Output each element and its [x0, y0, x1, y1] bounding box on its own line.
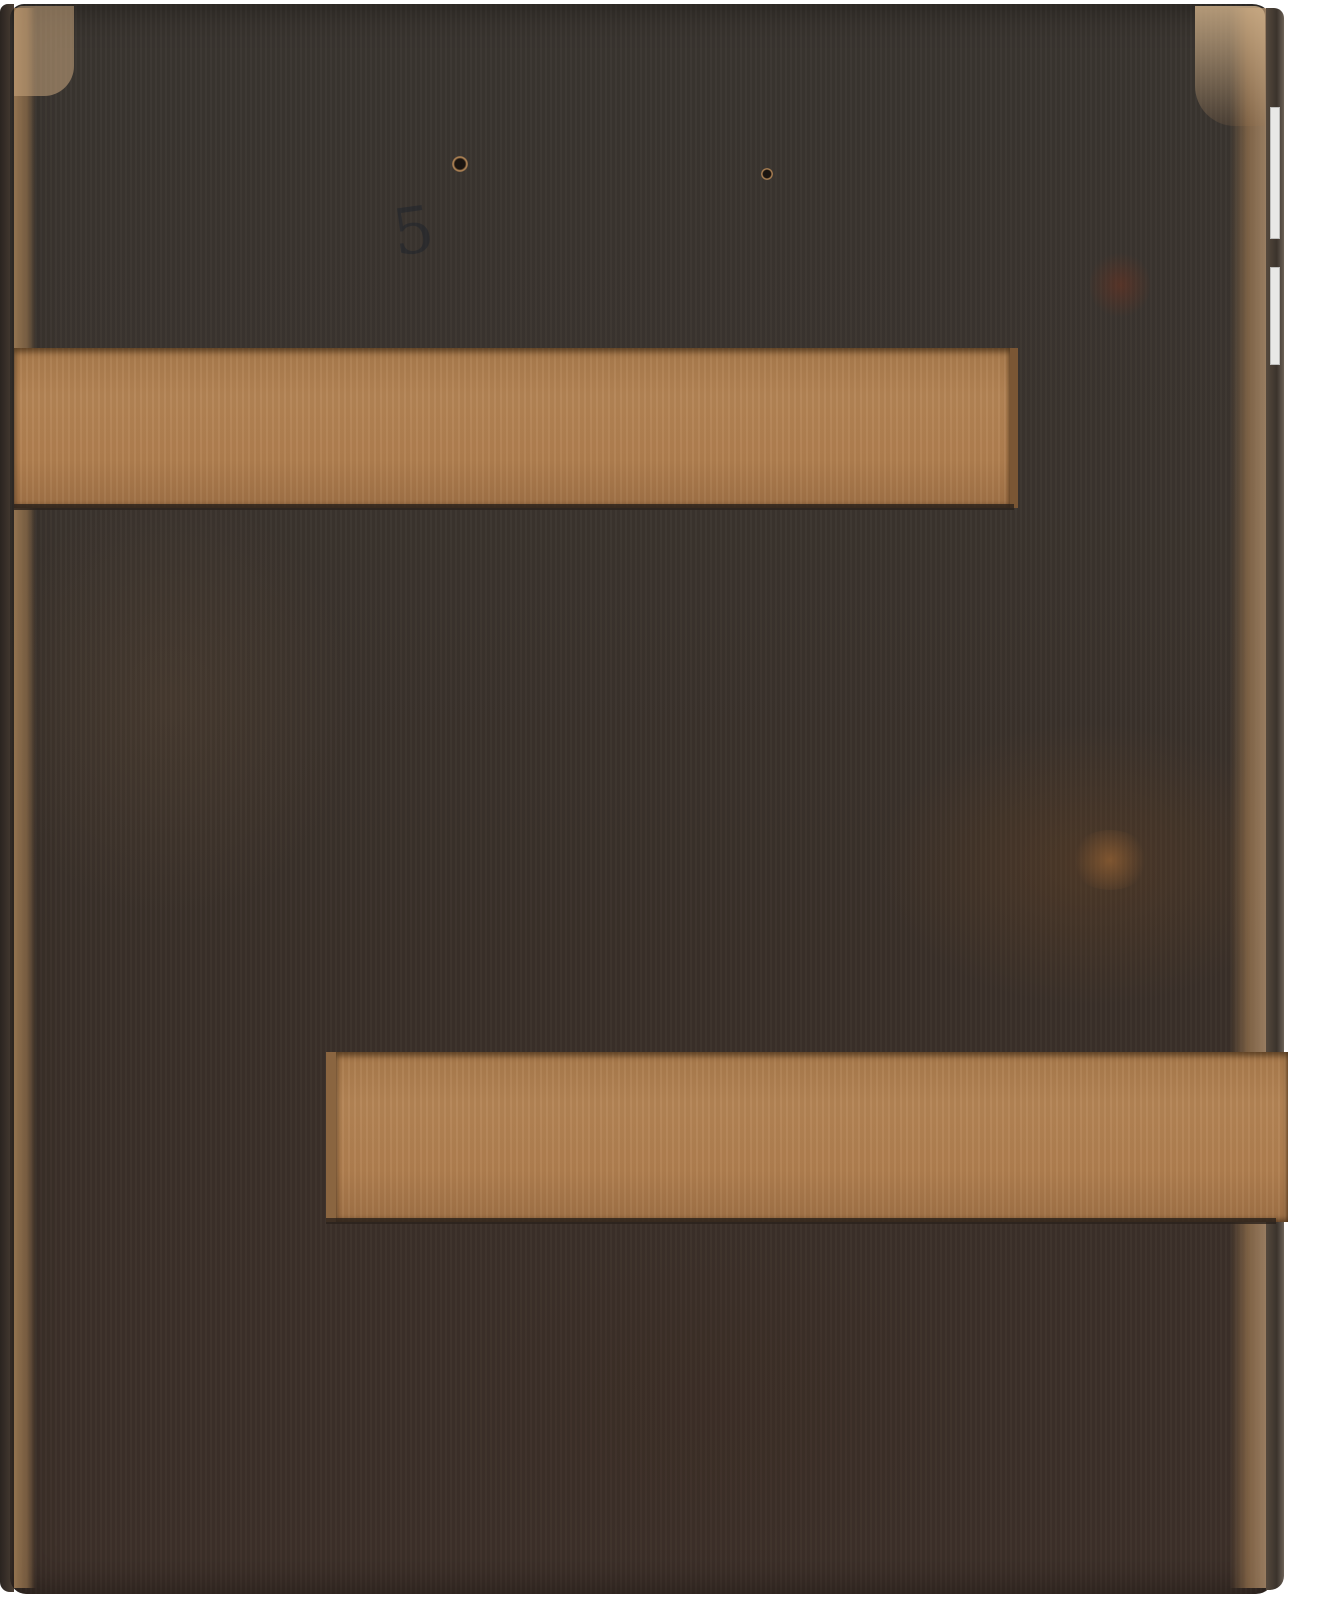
slat-groove	[14, 504, 1014, 510]
panel-right-rim	[1230, 8, 1266, 1588]
panel-right-edge	[1266, 8, 1284, 1590]
worn-corner-top-left	[14, 6, 74, 96]
upper-cross-slat	[14, 348, 1018, 508]
edge-label	[1270, 107, 1280, 239]
panel-left-rim	[14, 8, 36, 1588]
wood-stain	[1090, 250, 1150, 320]
wood-stain	[1070, 830, 1150, 890]
edge-label	[1270, 267, 1280, 365]
lower-cross-slat	[326, 1052, 1288, 1222]
wooden-panel-back	[10, 4, 1274, 1594]
nail-hole	[761, 168, 773, 180]
nail-hole	[452, 156, 468, 172]
worn-corner-top-right	[1195, 6, 1265, 126]
slat-groove	[326, 1218, 1276, 1224]
